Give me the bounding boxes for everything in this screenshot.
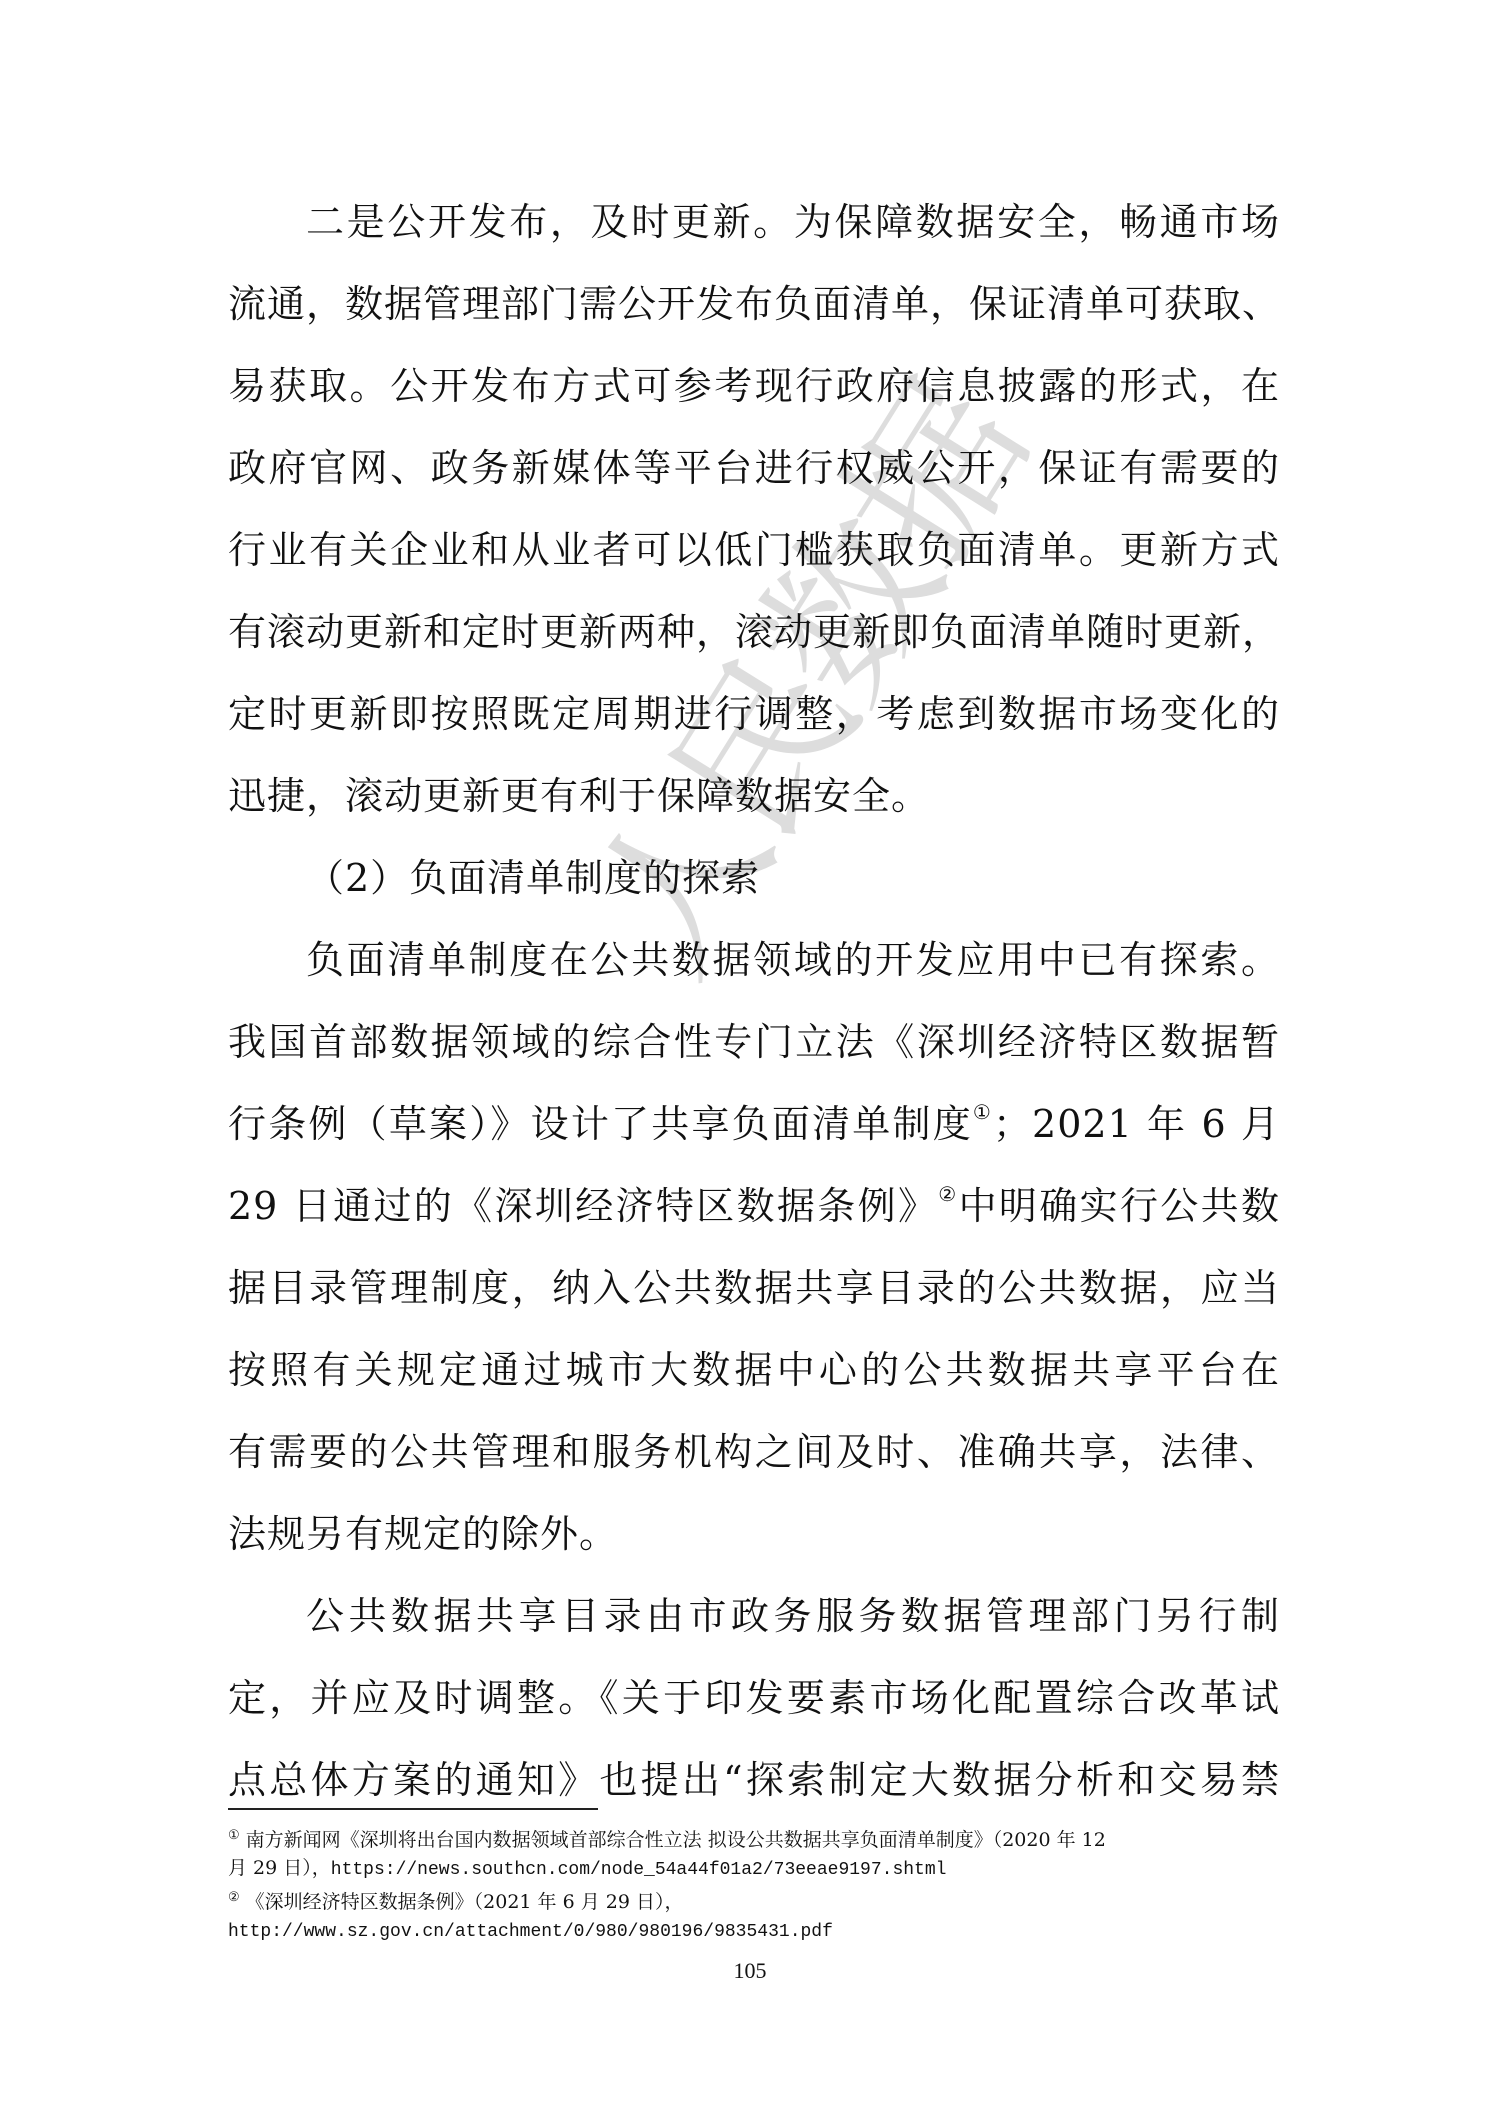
footnote-2: ②《深圳经济特区数据条例》（2021 年 6 月 29 日）， (228, 1884, 1288, 1916)
text-line: 行业有关企业和从业者可以低门槛获取负面清单。更新方式 (228, 518, 1280, 600)
footnote-link[interactable]: https://news.southcn.com/node_54a44f01a2… (331, 1860, 947, 1880)
text-line: 按照有关规定通过城市大数据中心的公共数据共享平台在 (228, 1338, 1280, 1420)
footnote-mark: ② (228, 1890, 240, 1905)
body-text: 二是公开发布，及时更新。为保障数据安全，畅通市场 流通，数据管理部门需公开发布负… (228, 190, 1280, 1830)
footnote-separator (228, 1808, 598, 1810)
text-line: 迅捷，滚动更新更有利于保障数据安全。 (228, 764, 1280, 846)
footnote-ref-2[interactable]: ② (938, 1182, 958, 1206)
text-line: 易获取。公开发布方式可参考现行政府信息披露的形式，在 (228, 354, 1280, 436)
footnote-text: 月 29 日）， (228, 1857, 331, 1879)
text-line: 流通，数据管理部门需公开发布负面清单，保证清单可获取、 (228, 272, 1280, 354)
footnote-1: ①南方新闻网《深圳将出台国内数据领域首部综合性立法 拟设公共数据共享负面清单制度… (228, 1822, 1288, 1854)
footnote-mark: ① (228, 1828, 240, 1843)
footnotes: ①南方新闻网《深圳将出台国内数据领域首部综合性立法 拟设公共数据共享负面清单制度… (228, 1822, 1288, 1946)
text-line: 我国首部数据领域的综合性专门立法《深圳经济特区数据暂 (228, 1010, 1280, 1092)
text-segment: 29 日通过的《深圳经济特区数据条例》 (228, 1184, 938, 1228)
footnote-ref-1[interactable]: ① (973, 1100, 993, 1124)
section-heading: （2）负面清单制度的探索 (228, 846, 1280, 928)
text-line: 法规另有规定的除外。 (228, 1502, 1280, 1584)
text-line: 政府官网、政务新媒体等平台进行权威公开，保证有需要的 (228, 436, 1280, 518)
text-line: 定，并应及时调整。《关于印发要素市场化配置综合改革试 (228, 1666, 1280, 1748)
text-line: 有滚动更新和定时更新两种，滚动更新即负面清单随时更新， (228, 600, 1280, 682)
text-line: 有需要的公共管理和服务机构之间及时、准确共享，法律、 (228, 1420, 1280, 1502)
footnote-text: 《深圳经济特区数据条例》（2021 年 6 月 29 日）， (246, 1891, 684, 1913)
text-segment: 中明确实行公共数 (959, 1184, 1280, 1228)
page-number: 105 (0, 1958, 1500, 1984)
text-segment: ；2021 年 6 月 (993, 1102, 1280, 1146)
text-line: 据目录管理制度，纳入公共数据共享目录的公共数据，应当 (228, 1256, 1280, 1338)
text-line: 定时更新即按照既定周期进行调整，考虑到数据市场变化的 (228, 682, 1280, 764)
footnote-2-cont: http://www.sz.gov.cn/attachment/0/980/98… (228, 1916, 1288, 1946)
footnote-text: 南方新闻网《深圳将出台国内数据领域首部综合性立法 拟设公共数据共享负面清单制度》… (246, 1829, 1106, 1851)
footnote-1-cont: 月 29 日），https://news.southcn.com/node_54… (228, 1854, 1288, 1884)
text-line: 负面清单制度在公共数据领域的开发应用中已有探索。 (228, 928, 1280, 1010)
text-segment: 行条例（草案）》设计了共享负面清单制度 (228, 1102, 973, 1146)
text-line: 公共数据共享目录由市政务服务数据管理部门另行制 (228, 1584, 1280, 1666)
text-line: 点总体方案的通知》也提出“探索制定大数据分析和交易禁 (228, 1748, 1280, 1830)
footnote-link[interactable]: http://www.sz.gov.cn/attachment/0/980/98… (228, 1922, 833, 1942)
text-line: 二是公开发布，及时更新。为保障数据安全，畅通市场 (228, 190, 1280, 272)
text-line-with-footnote: 29 日通过的《深圳经济特区数据条例》②中明确实行公共数 (228, 1174, 1280, 1256)
text-line-with-footnote: 行条例（草案）》设计了共享负面清单制度①；2021 年 6 月 (228, 1092, 1280, 1174)
